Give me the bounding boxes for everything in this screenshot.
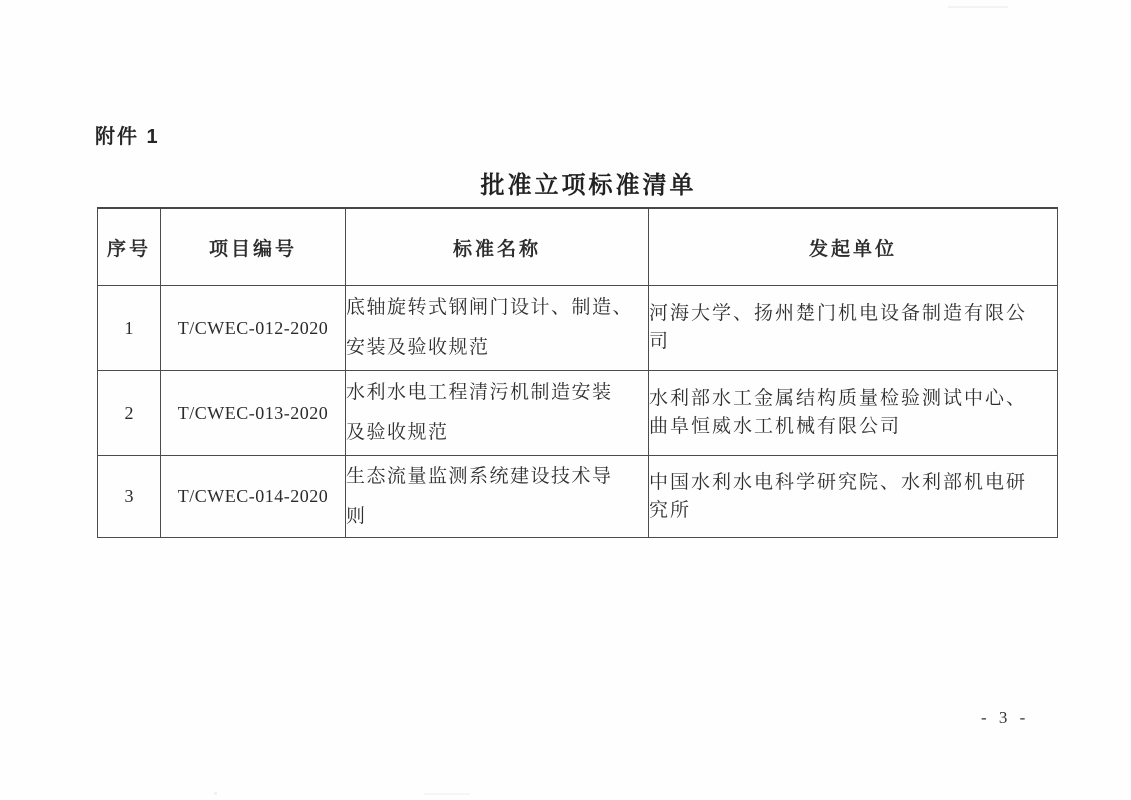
header-cell-serial: 序号 [98,208,161,286]
cell-serial: 1 [98,286,161,371]
page-number: - 3 - [981,708,1029,728]
document-page: 附件 1 批准立项标准清单 序号 项目编号 标准名称 发起单位 1T/CWEC-… [0,0,1131,800]
cell-project-code: T/CWEC-013-2020 [161,371,346,456]
table-row: 1T/CWEC-012-2020底轴旋转式钢闸门设计、制造、 安装及验收规范河海… [98,286,1058,371]
cell-project-code: T/CWEC-014-2020 [161,456,346,538]
cell-standard-name: 生态流量监测系统建设技术导 则 [346,456,649,538]
table-header: 序号 项目编号 标准名称 发起单位 [98,208,1058,286]
header-row: 序号 项目编号 标准名称 发起单位 [98,208,1058,286]
table-row: 3T/CWEC-014-2020生态流量监测系统建设技术导 则中国水利水电科学研… [98,456,1058,538]
scan-artifact [214,792,217,795]
standards-table: 序号 项目编号 标准名称 发起单位 1T/CWEC-012-2020底轴旋转式钢… [97,207,1058,538]
page-title: 批准立项标准清单 [23,165,1131,200]
cell-standard-name: 水利水电工程清污机制造安装 及验收规范 [346,371,649,456]
table-body: 1T/CWEC-012-2020底轴旋转式钢闸门设计、制造、 安装及验收规范河海… [98,286,1058,538]
scan-artifact [424,793,470,795]
scan-artifact [948,6,1008,8]
header-cell-initiating-org: 发起单位 [649,208,1058,286]
cell-serial: 2 [98,371,161,456]
cell-initiating-org: 河海大学、扬州楚门机电设备制造有限公 司 [649,286,1058,371]
cell-serial: 3 [98,456,161,538]
header-cell-project-code: 项目编号 [161,208,346,286]
cell-standard-name: 底轴旋转式钢闸门设计、制造、 安装及验收规范 [346,286,649,371]
cell-initiating-org: 中国水利水电科学研究院、水利部机电研 究所 [649,456,1058,538]
cell-project-code: T/CWEC-012-2020 [161,286,346,371]
header-cell-standard-name: 标准名称 [346,208,649,286]
cell-initiating-org: 水利部水工金属结构质量检验测试中心、 曲阜恒威水工机械有限公司 [649,371,1058,456]
attachment-label: 附件 1 [95,120,160,149]
table-row: 2T/CWEC-013-2020水利水电工程清污机制造安装 及验收规范水利部水工… [98,371,1058,456]
